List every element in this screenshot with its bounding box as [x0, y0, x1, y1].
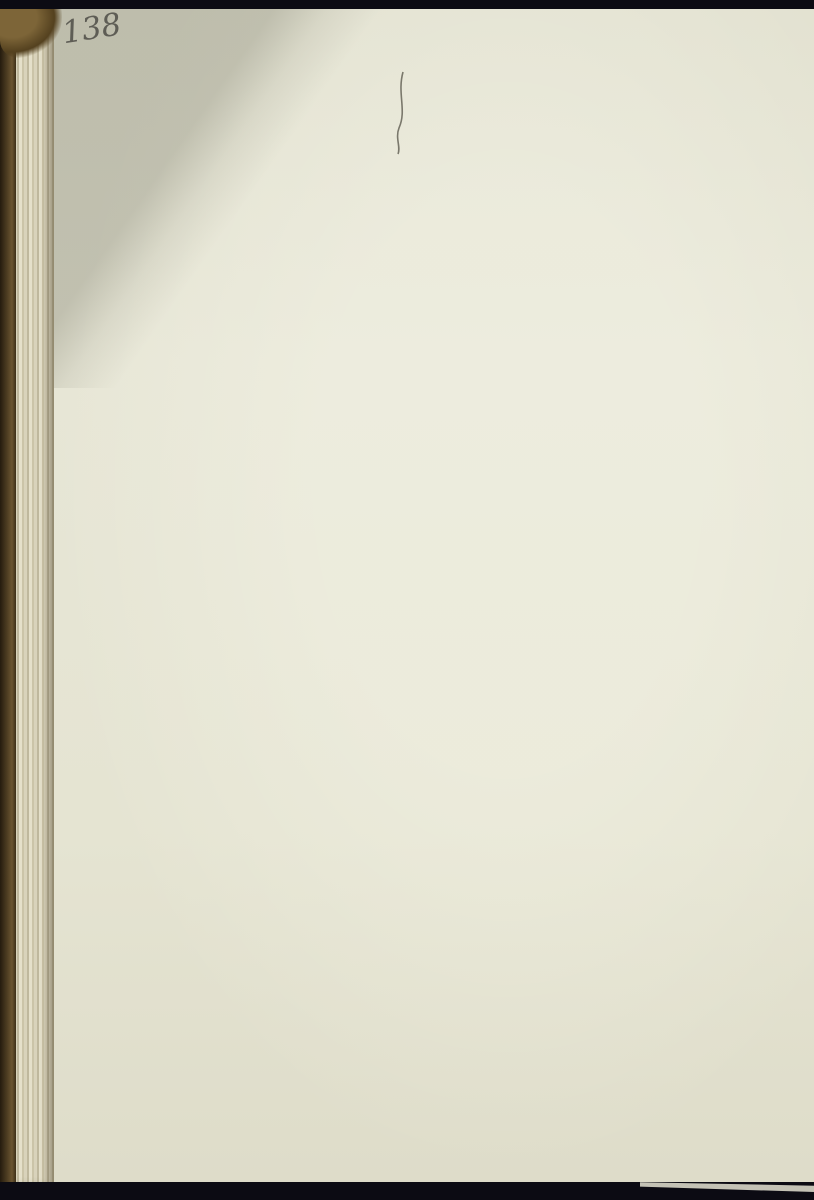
pen-slash-mark — [388, 64, 420, 160]
paper-sheet — [48, 8, 814, 1184]
scanned-page: 138 - II6 - - II6 - I 2 3 4 5 I433. Докл… — [0, 0, 814, 1200]
book-binding — [0, 0, 16, 1200]
page-edge-stack — [14, 4, 54, 1186]
corner-shadow — [48, 8, 378, 388]
